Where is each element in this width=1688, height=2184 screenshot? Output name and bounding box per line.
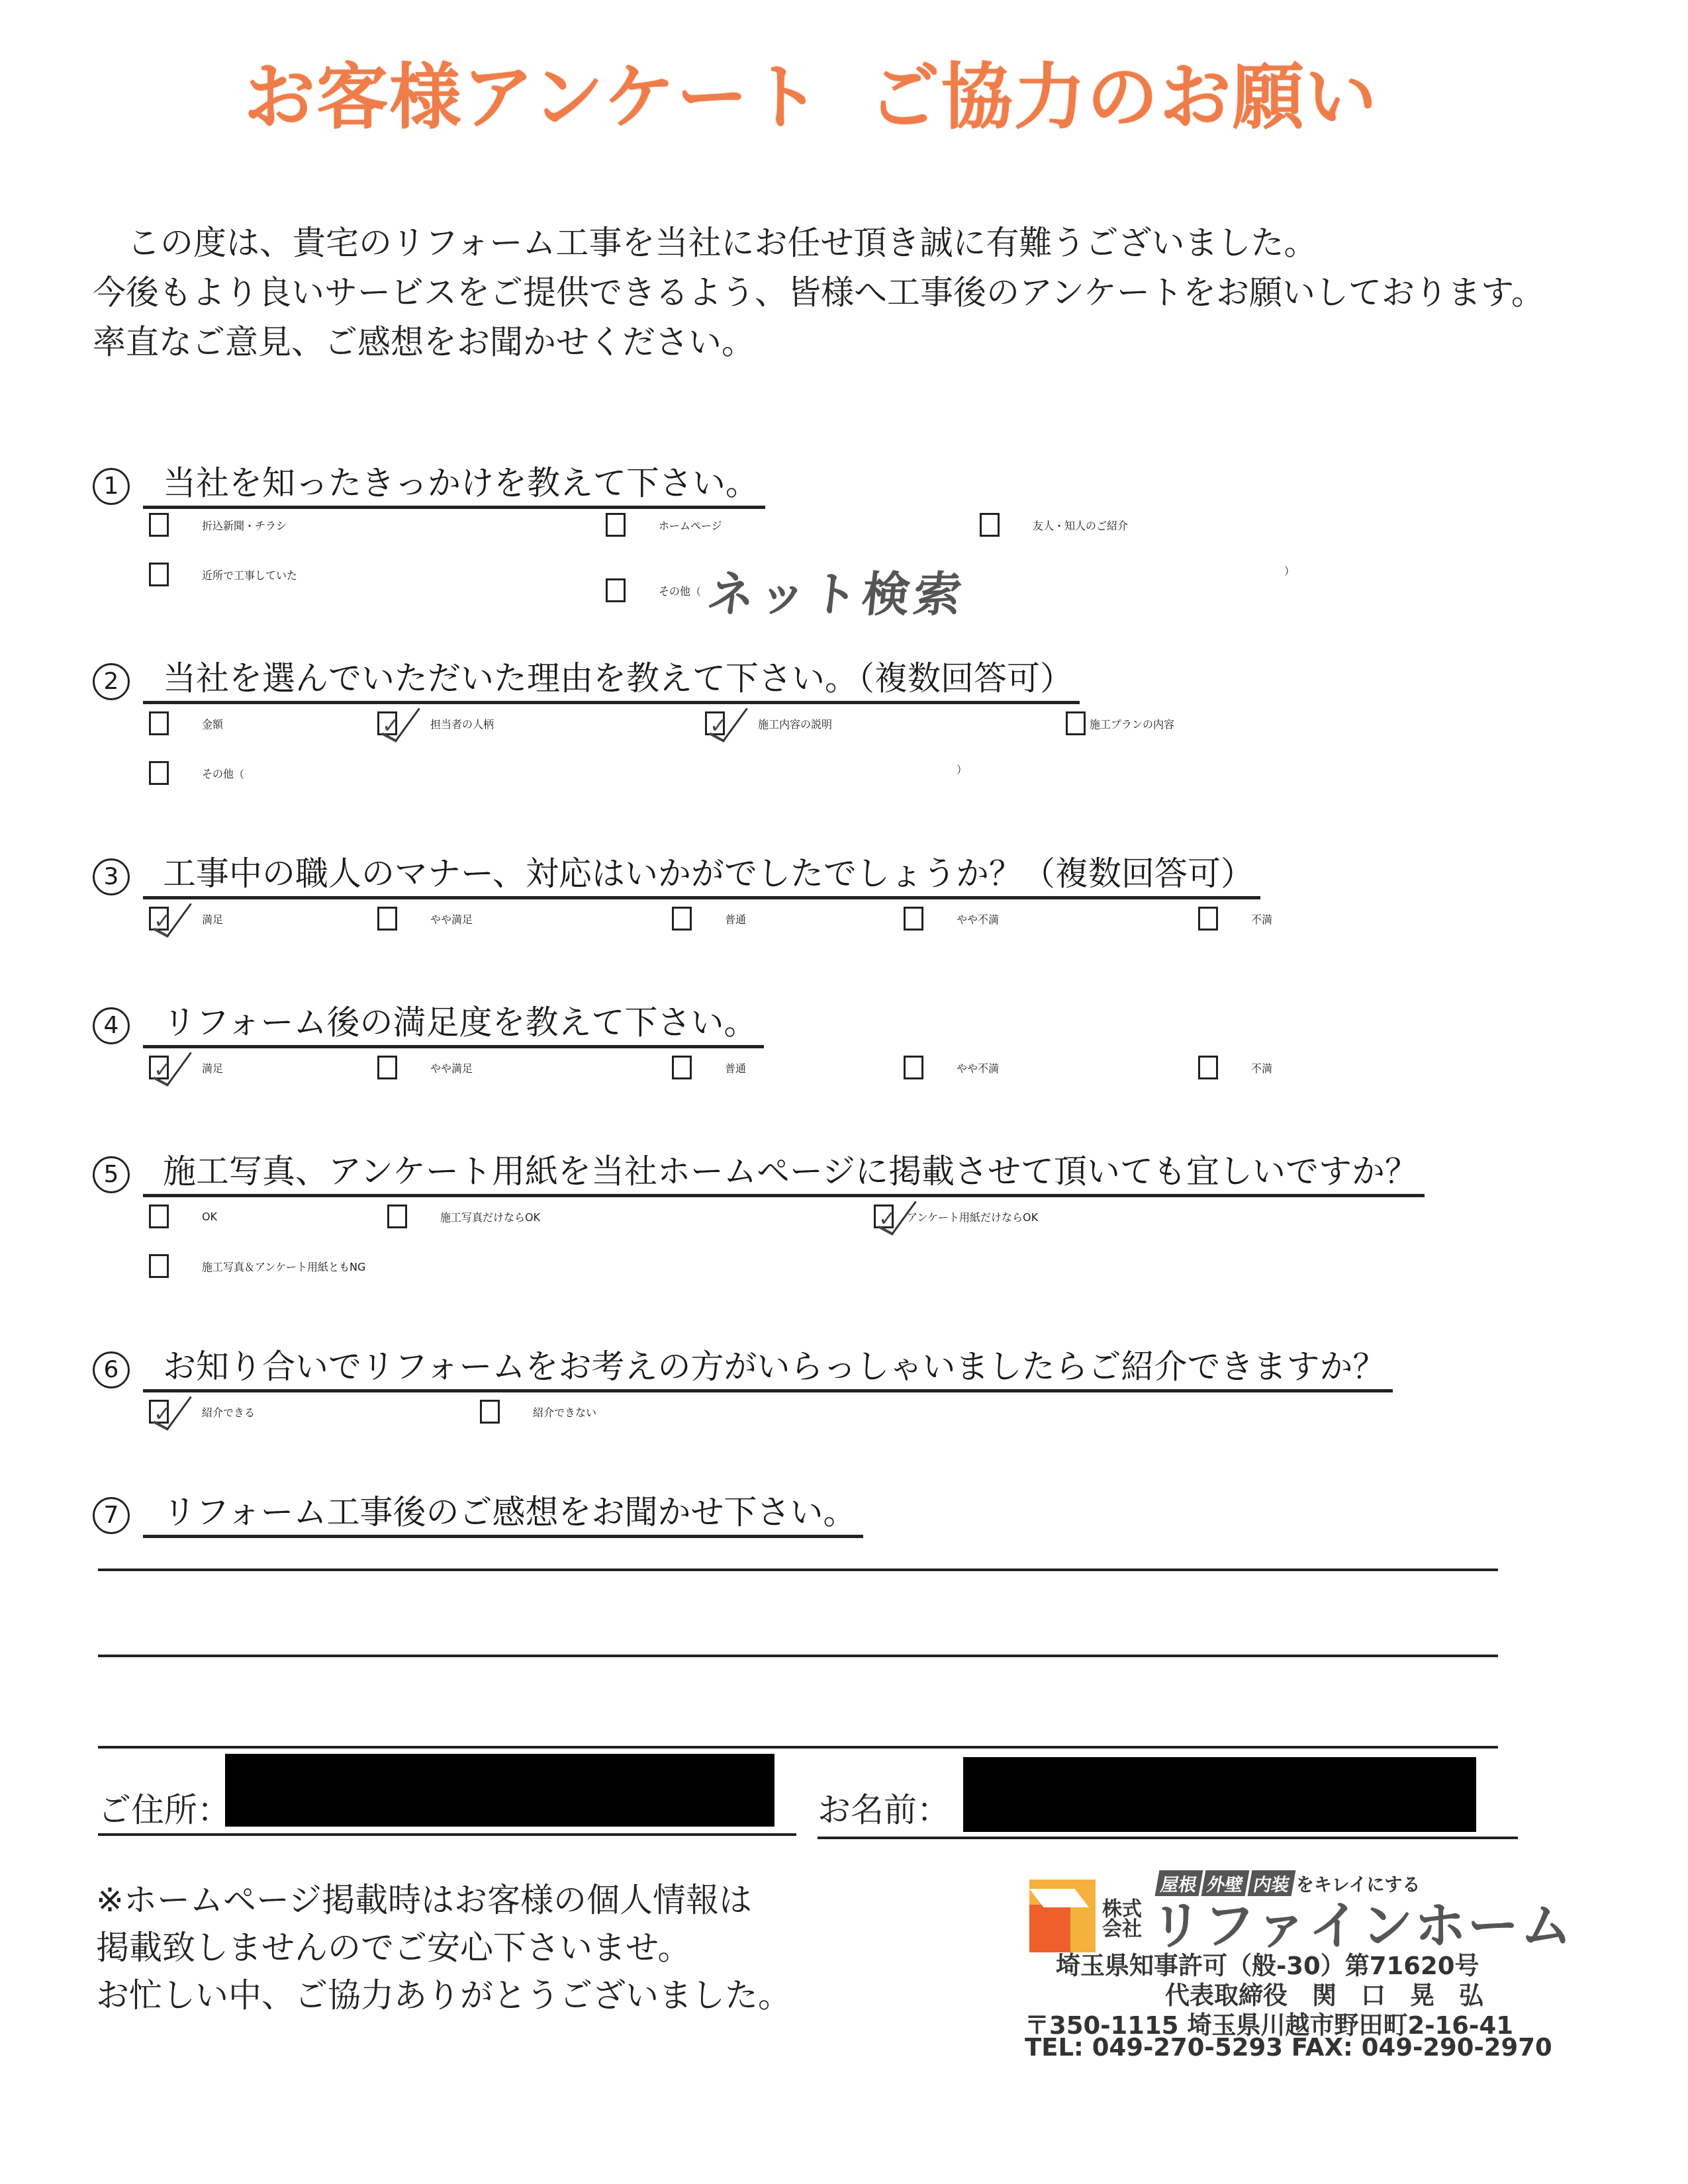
checkbox[interactable] <box>149 1254 169 1278</box>
paren: ） <box>957 761 967 776</box>
note-line: ※ホームページ掲載時はお客様の個人情報は <box>96 1876 791 1924</box>
option-plan-content[interactable]: 施工プランの内容 <box>1066 711 1174 735</box>
handwritten-answer[interactable]: ネット検索 <box>704 556 970 625</box>
question-7: 7リフォーム工事後のご感想をお聞かせ下さい。 <box>93 1492 863 1538</box>
option-label: やや満足 <box>430 911 473 927</box>
checkbox[interactable] <box>149 1205 169 1228</box>
page-title: お客様アンケートご協力のお願い <box>0 40 1622 142</box>
option-ok[interactable]: OK <box>149 1205 217 1228</box>
option-label: その他（ <box>202 766 244 781</box>
checkbox-checked[interactable]: ✓ <box>149 907 169 931</box>
checkbox[interactable] <box>1198 907 1218 931</box>
privacy-note: ※ホームページ掲載時はお客様の個人情報は 掲載致しませんのでご安心下さいませ。 … <box>96 1876 791 2019</box>
question-3: 3工事中の職人のマナー、対応はいかがでしたでしょうか？（複数回答可） <box>93 854 1260 899</box>
option-label: その他（ <box>659 583 701 598</box>
option-other[interactable]: その他（ <box>149 761 244 785</box>
question-2: 2当社を選んでいただいた理由を教えて下さい。（複数回答可） <box>93 659 1080 704</box>
checkbox[interactable] <box>387 1205 407 1228</box>
paren: ） <box>1284 563 1295 578</box>
question-text: 当社を知ったきっかけを教えて下さい。 <box>143 463 765 509</box>
option-label: 施工写真＆アンケート用紙ともNG <box>202 1259 365 1274</box>
option-dissatisfied[interactable]: 不満 <box>1198 907 1272 931</box>
question-text: 施工写真、アンケート用紙を当社ホームページに掲載させて頂いても宜しいですか？ <box>143 1152 1425 1197</box>
option-label: 担当者の人柄 <box>430 716 494 731</box>
question-4: 4リフォーム後の満足度を教えて下さい。 <box>93 1003 764 1048</box>
name-redacted <box>963 1757 1476 1832</box>
intro-line: この度は、貴宅のリフォーム工事を当社にお任せ頂き誠に有難うございました。 <box>93 218 1544 268</box>
company-logo-icon <box>1029 1880 1096 1952</box>
comment-line-2[interactable] <box>98 1655 1498 1657</box>
title-part2: ご協力のお願い <box>868 56 1378 139</box>
address-redacted <box>225 1754 774 1827</box>
option-somewhat-satisfied[interactable]: やや満足 <box>377 907 473 931</box>
option-referral[interactable]: 友人・知人のご紹介 <box>980 513 1128 537</box>
option-price[interactable]: 金額 <box>149 711 223 735</box>
option-somewhat-dissatisfied[interactable]: やや不満 <box>904 1056 999 1079</box>
checkbox-checked[interactable]: ✓ <box>377 711 397 735</box>
question-6: 6お知り合いでリフォームをお考えの方がいらっしゃいましたらご紹介できますか？ <box>93 1347 1393 1392</box>
company-tel-fax: TEL: 049-270-5293 FAX: 049-290-2970 <box>1025 2033 1552 2062</box>
question-number: 1 <box>93 468 130 505</box>
question-number: 7 <box>93 1497 130 1534</box>
check-icon: ✓ <box>154 1406 167 1422</box>
option-label: アンケート用紙だけならOK <box>907 1209 1038 1224</box>
question-number: 6 <box>93 1351 130 1388</box>
option-other[interactable]: その他（ネット検索 <box>606 556 966 625</box>
checkbox[interactable] <box>149 563 169 586</box>
option-label: 不満 <box>1251 1060 1272 1075</box>
question-number: 2 <box>93 663 130 700</box>
option-label: やや不満 <box>957 911 999 927</box>
checkbox[interactable] <box>377 1056 397 1079</box>
option-neutral[interactable]: 普通 <box>672 1056 746 1079</box>
option-label: 紹介できる <box>202 1404 255 1420</box>
check-icon: ✓ <box>382 717 395 733</box>
option-both-ng[interactable]: 施工写真＆アンケート用紙ともNG <box>149 1254 365 1278</box>
option-label: やや不満 <box>957 1060 999 1075</box>
check-icon: ✓ <box>710 717 723 733</box>
option-label: 満足 <box>202 911 223 927</box>
address-underline <box>98 1833 796 1836</box>
paren-close: ） <box>957 761 967 776</box>
note-line: お忙しい中、ご協力ありがとうございました。 <box>96 1972 791 2019</box>
checkbox[interactable] <box>149 711 169 735</box>
intro-line: 今後もより良いサービスをご提供できるよう、皆様へ工事後のアンケートをお願いしてお… <box>93 268 1544 318</box>
option-neighborhood[interactable]: 近所で工事していた <box>149 563 297 586</box>
comment-line-3[interactable] <box>98 1746 1498 1749</box>
option-label: 施工内容の説明 <box>758 716 832 731</box>
question-5: 5施工写真、アンケート用紙を当社ホームページに掲載させて頂いても宜しいですか？ <box>93 1152 1425 1197</box>
address-label: ご住所： <box>98 1784 230 1831</box>
option-flyer[interactable]: 折込新聞・チラシ <box>149 513 287 537</box>
note-line: 掲載致しませんのでご安心下さいませ。 <box>96 1924 791 1972</box>
option-label: 金額 <box>202 716 223 731</box>
option-label: 折込新聞・チラシ <box>202 518 287 533</box>
option-label: 満足 <box>202 1060 223 1075</box>
checkbox-checked[interactable]: ✓ <box>874 1205 894 1228</box>
question-text: お知り合いでリフォームをお考えの方がいらっしゃいましたらご紹介できますか？ <box>143 1347 1393 1392</box>
option-label: 不満 <box>1251 911 1272 927</box>
option-label: やや満足 <box>430 1060 473 1075</box>
checkbox[interactable] <box>904 1056 923 1079</box>
title-part1: お客様アンケート <box>244 56 822 139</box>
option-staff-personality[interactable]: ✓担当者の人柄 <box>377 711 494 735</box>
option-label: OK <box>202 1210 217 1223</box>
checkbox[interactable] <box>480 1400 500 1424</box>
option-label: 普通 <box>725 911 746 927</box>
paren-close: ） <box>1284 563 1295 578</box>
question-text: 当社を選んでいただいた理由を教えて下さい。（複数回答可） <box>143 659 1080 704</box>
option-neutral[interactable]: 普通 <box>672 907 746 931</box>
option-satisfied[interactable]: ✓満足 <box>149 907 223 931</box>
option-dissatisfied[interactable]: 不満 <box>1198 1056 1272 1079</box>
question-number: 3 <box>93 858 130 895</box>
option-construction-explanation[interactable]: ✓施工内容の説明 <box>705 711 832 735</box>
checkbox[interactable] <box>377 907 397 931</box>
checkbox[interactable] <box>1066 711 1086 735</box>
option-label: 近所で工事していた <box>202 567 297 582</box>
option-label: ホームページ <box>659 518 722 533</box>
checkbox[interactable] <box>1198 1056 1218 1079</box>
checkbox[interactable] <box>672 907 692 931</box>
checkbox[interactable] <box>149 513 169 537</box>
checkbox[interactable] <box>149 761 169 785</box>
checkbox[interactable] <box>904 907 923 931</box>
option-label: 施工プランの内容 <box>1090 716 1174 731</box>
question-text: リフォーム後の満足度を教えて下さい。 <box>143 1003 764 1048</box>
check-icon: ✓ <box>878 1210 892 1226</box>
check-icon: ✓ <box>154 1062 167 1077</box>
option-label: 友人・知人のご紹介 <box>1033 518 1128 533</box>
question-number: 5 <box>93 1156 130 1193</box>
question-text: 工事中の職人のマナー、対応はいかがでしたでしょうか？（複数回答可） <box>143 854 1260 899</box>
option-photos-only[interactable]: 施工写真だけならOK <box>387 1205 540 1228</box>
name-underline <box>818 1837 1518 1839</box>
question-text: リフォーム工事後のご感想をお聞かせ下さい。 <box>143 1492 863 1538</box>
checkbox[interactable] <box>606 513 626 537</box>
option-somewhat-dissatisfied[interactable]: やや不満 <box>904 907 999 931</box>
checkbox[interactable] <box>606 578 626 602</box>
option-homepage[interactable]: ホームページ <box>606 513 722 537</box>
option-can-refer[interactable]: ✓紹介できる <box>149 1400 255 1424</box>
comment-line-1[interactable] <box>98 1569 1498 1571</box>
company-type: 株式会社 <box>1102 1899 1142 1939</box>
checkbox[interactable] <box>672 1056 692 1079</box>
option-satisfied[interactable]: ✓満足 <box>149 1056 223 1079</box>
checkbox-checked[interactable]: ✓ <box>705 711 725 735</box>
question-1: 1当社を知ったきっかけを教えて下さい。 <box>93 463 765 509</box>
intro-text: この度は、貴宅のリフォーム工事を当社にお任せ頂き誠に有難うございました。 今後も… <box>93 218 1544 367</box>
check-icon: ✓ <box>154 913 167 929</box>
option-label: 普通 <box>725 1060 746 1075</box>
option-label: 施工写真だけならOK <box>440 1209 540 1224</box>
intro-line: 率直なご意見、ご感想をお聞かせください。 <box>93 318 1544 367</box>
question-number: 4 <box>93 1007 130 1044</box>
checkbox-checked[interactable]: ✓ <box>149 1056 169 1079</box>
option-label: 紹介できない <box>533 1404 596 1420</box>
name-label: お名前： <box>818 1784 950 1831</box>
option-somewhat-satisfied[interactable]: やや満足 <box>377 1056 473 1079</box>
option-survey-only[interactable]: ✓アンケート用紙だけならOK <box>874 1205 1038 1228</box>
checkbox[interactable] <box>980 513 1000 537</box>
option-cannot-refer[interactable]: 紹介できない <box>480 1400 596 1424</box>
checkbox-checked[interactable]: ✓ <box>149 1400 169 1424</box>
